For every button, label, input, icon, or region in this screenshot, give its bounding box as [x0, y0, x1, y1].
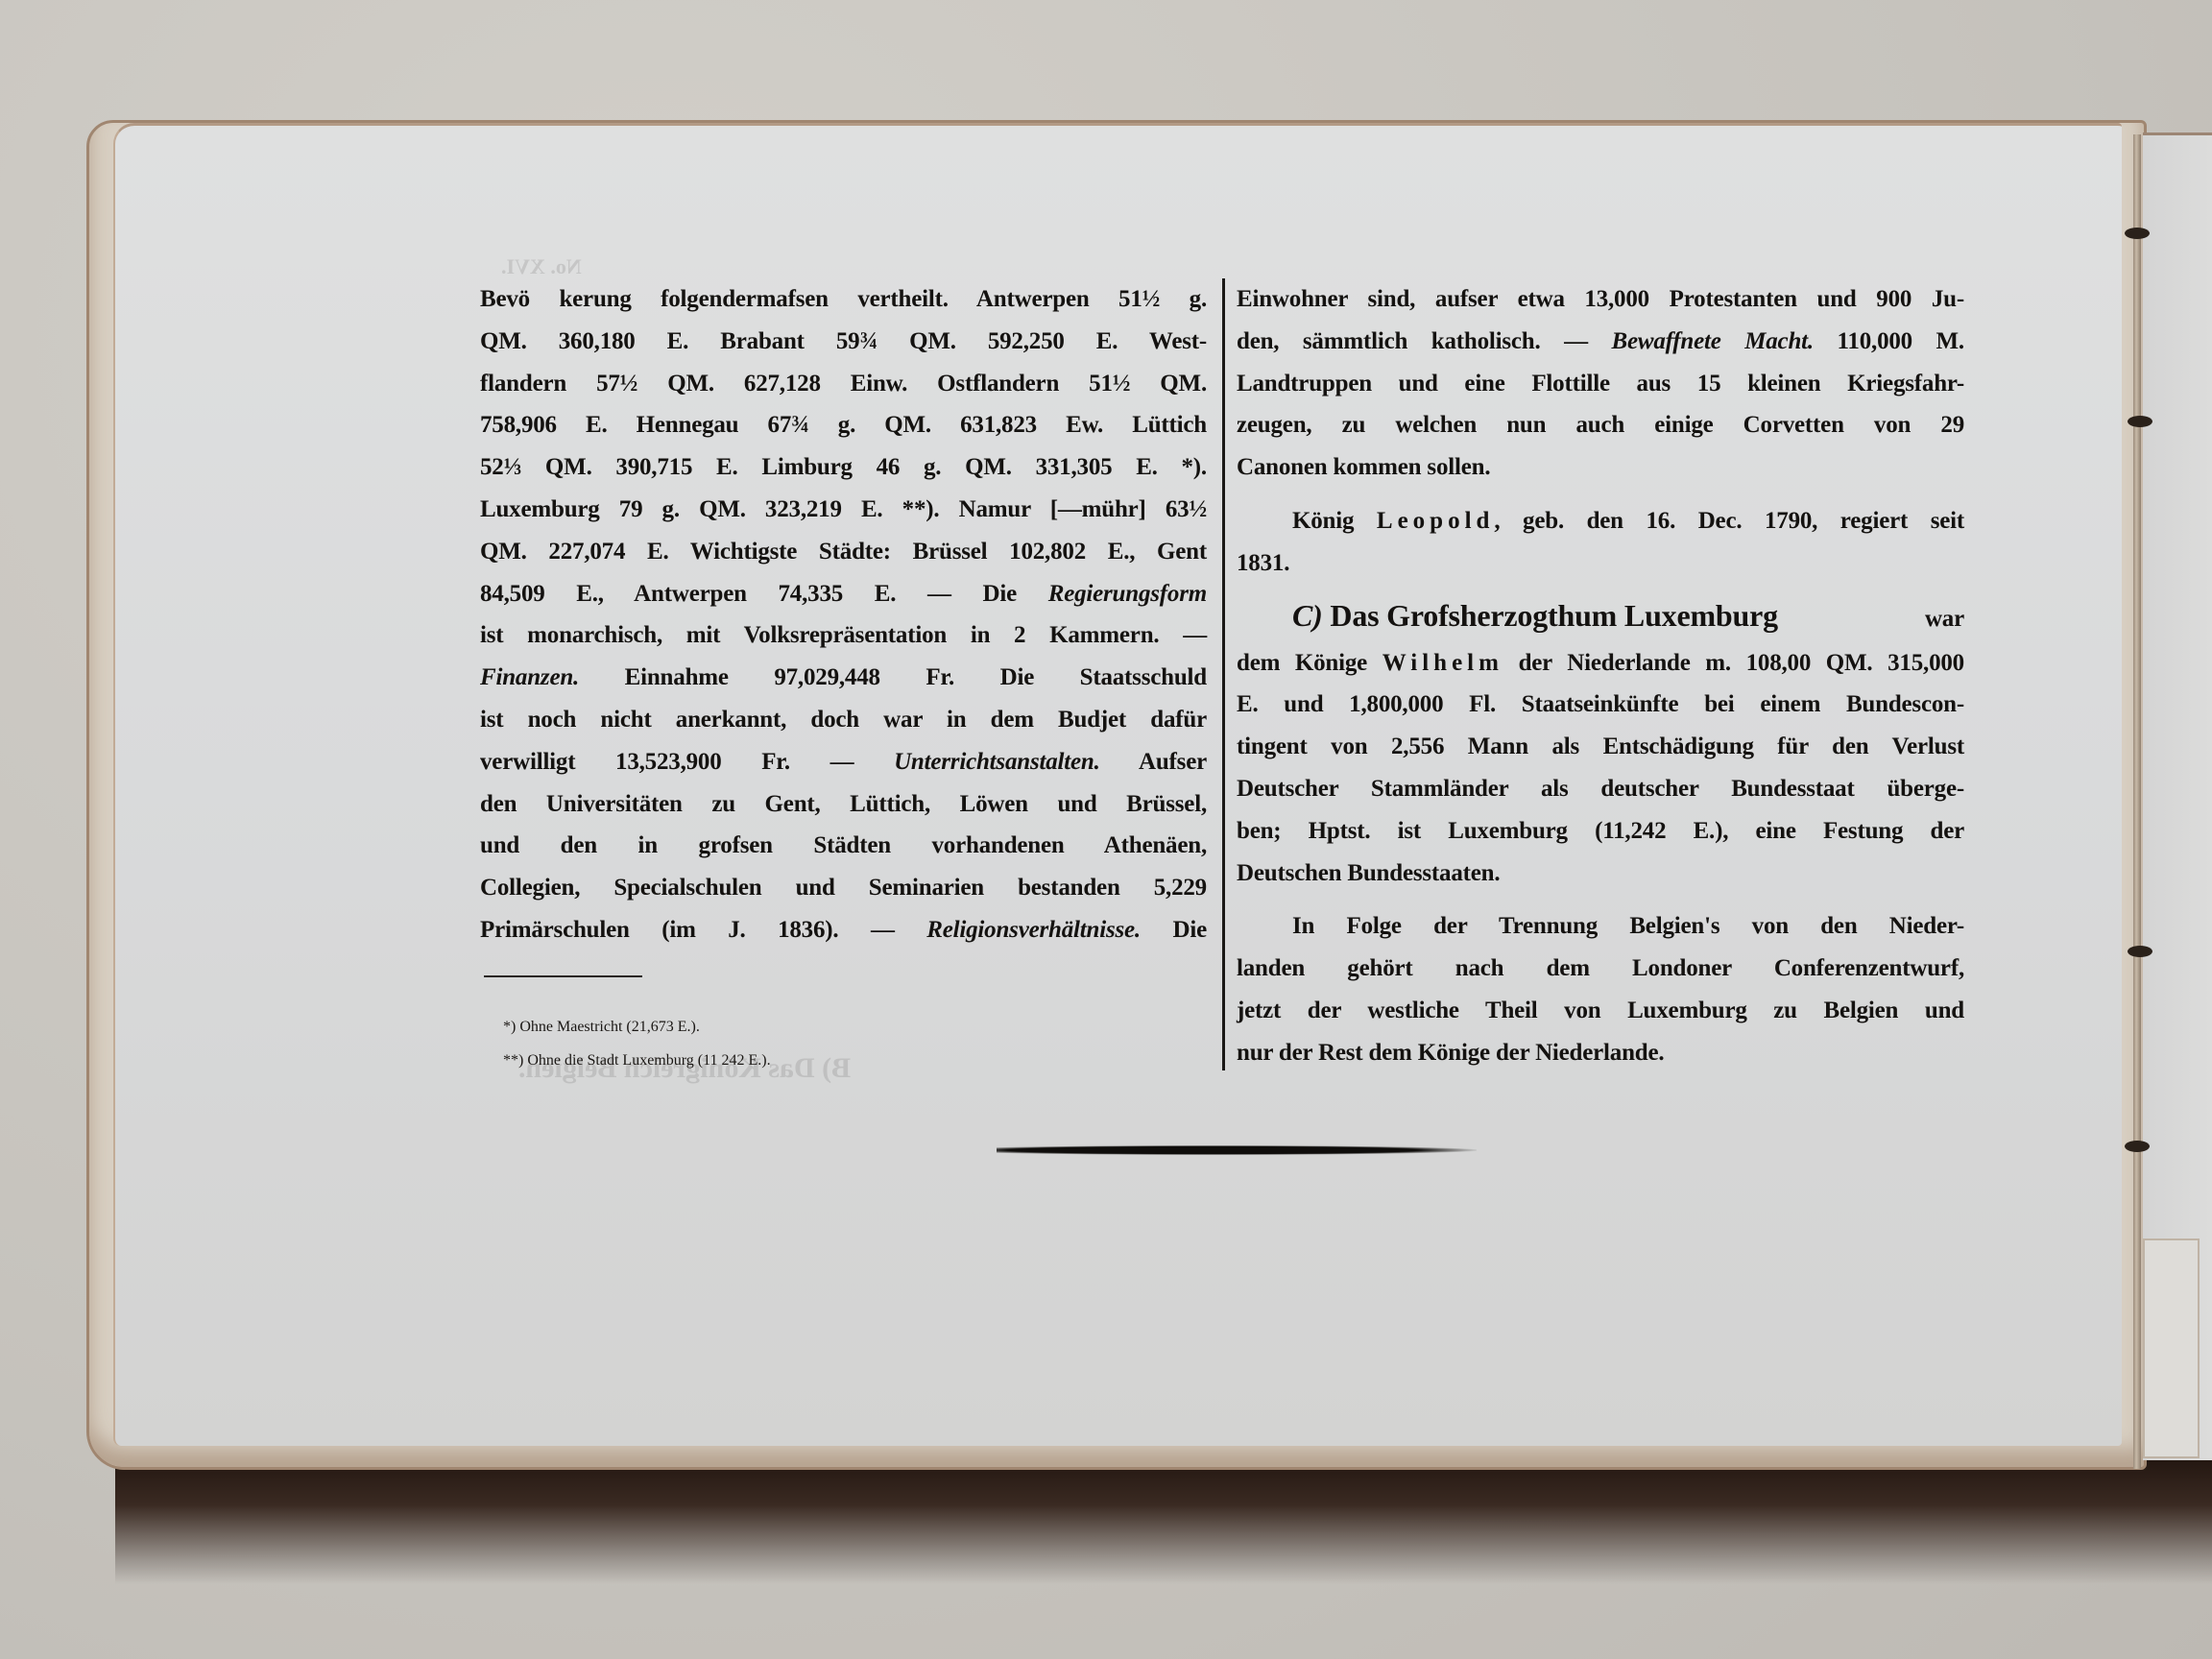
footnotes: *) Ohne Maestricht (21,673 E.). **) Ohne… [503, 1010, 771, 1077]
binding-stitch-icon [2128, 416, 2152, 427]
text-line: König Leopold, geb. den 16. Dec. 1790, r… [1237, 500, 1964, 542]
section-trailing-word: war [1925, 596, 1964, 642]
text-line: Deutschen Bundesstaaten. [1237, 853, 1964, 895]
binding-tab [2143, 1238, 2200, 1458]
text-line: Bevö kerung folgendermafsen vertheilt. A… [480, 278, 1207, 321]
text-line: landen gehört nach dem Londoner Conferen… [1237, 948, 1964, 990]
text-line: den Universitäten zu Gent, Lüttich, Löwe… [480, 783, 1207, 826]
text-line: zeugen, zu welchen nun auch einige Corve… [1237, 404, 1964, 446]
text-line: den, sämmtlich katholisch. — Bewaffnete … [1237, 321, 1964, 363]
text-line: ist monarchisch, mit Volksrepräsentation… [480, 614, 1207, 657]
text-line: Luxemburg 79 g. QM. 323,219 E. **). Namu… [480, 489, 1207, 531]
text-line: Landtruppen und eine Flottille aus 15 kl… [1237, 363, 1964, 405]
text-line: flandern 57½ QM. 627,128 Einw. Ostflande… [480, 363, 1207, 405]
binding-stitch-icon [2125, 228, 2150, 239]
text-line: 52⅓ QM. 390,715 E. Limburg 46 g. QM. 331… [480, 446, 1207, 489]
text-line: In Folge der Trennung Belgien's von den … [1237, 905, 1964, 948]
text-line: verwilligt 13,523,900 Fr. — Unterrichtsa… [480, 741, 1207, 783]
text-line: 84,509 E., Antwerpen 74,335 E. — Die Reg… [480, 573, 1207, 615]
text-line: tingent von 2,556 Mann als Entschädigung… [1237, 726, 1964, 768]
footnote: *) Ohne Maestricht (21,673 E.). [503, 1010, 771, 1044]
page-content: Bevö kerung folgendermafsen vertheilt. A… [480, 278, 1978, 1142]
text-line: Collegien, Specialschulen und Seminarien… [480, 867, 1207, 909]
text-line: nur der Rest dem Könige der Niederlande. [1237, 1032, 1964, 1074]
text-line: ist noch nicht anerkannt, doch war in de… [480, 699, 1207, 741]
book-spine [2133, 134, 2141, 1469]
section-label: C) [1292, 598, 1323, 633]
show-through-page-number: No. XVI. [501, 254, 582, 279]
binding-stitch-icon [2125, 1141, 2150, 1152]
column-divider [1222, 278, 1225, 1070]
text-line: 758,906 E. Hennegau 67¾ g. QM. 631,823 E… [480, 404, 1207, 446]
text-line: und den in grofsen Städten vorhandenen A… [480, 825, 1207, 867]
footnote-rule [484, 975, 642, 977]
right-column: Einwohner sind, aufser etwa 13,000 Prote… [1237, 278, 1964, 1074]
text-line: Finanzen. Einnahme 97,029,448 Fr. Die St… [480, 657, 1207, 699]
text-line: Deutscher Stammländer als deutscher Bund… [1237, 768, 1964, 810]
footnote: **) Ohne die Stadt Luxemburg (11 242 E.)… [503, 1044, 771, 1077]
text-line: Canonen kommen sollen. [1237, 446, 1964, 489]
text-line: dem Könige Wilhelm der Niederlande m. 10… [1237, 642, 1964, 685]
text-line: Einwohner sind, aufser etwa 13,000 Prote… [1237, 278, 1964, 321]
text-line: Primärschulen (im J. 1836). — Religionsv… [480, 909, 1207, 951]
binding-stitch-icon [2128, 946, 2152, 957]
section-heading: C) Das Grofsherzogthum Luxemburg war [1237, 592, 1964, 642]
text-line: ben; Hptst. ist Luxemburg (11,242 E.), e… [1237, 810, 1964, 853]
text-line: jetzt der westliche Theil von Luxemburg … [1237, 990, 1964, 1032]
text-line: QM. 360,180 E. Brabant 59¾ QM. 592,250 E… [480, 321, 1207, 363]
left-column: Bevö kerung folgendermafsen vertheilt. A… [480, 278, 1207, 951]
text-line: E. und 1,800,000 Fl. Staatseinkünfte bei… [1237, 684, 1964, 726]
text-line: 1831. [1237, 542, 1964, 585]
section-title: Das Grofsherzogthum Luxemburg [1330, 598, 1778, 633]
text-line: QM. 227,074 E. Wichtigste Städte: Brüsse… [480, 531, 1207, 573]
decorative-end-rule [997, 1145, 1477, 1155]
